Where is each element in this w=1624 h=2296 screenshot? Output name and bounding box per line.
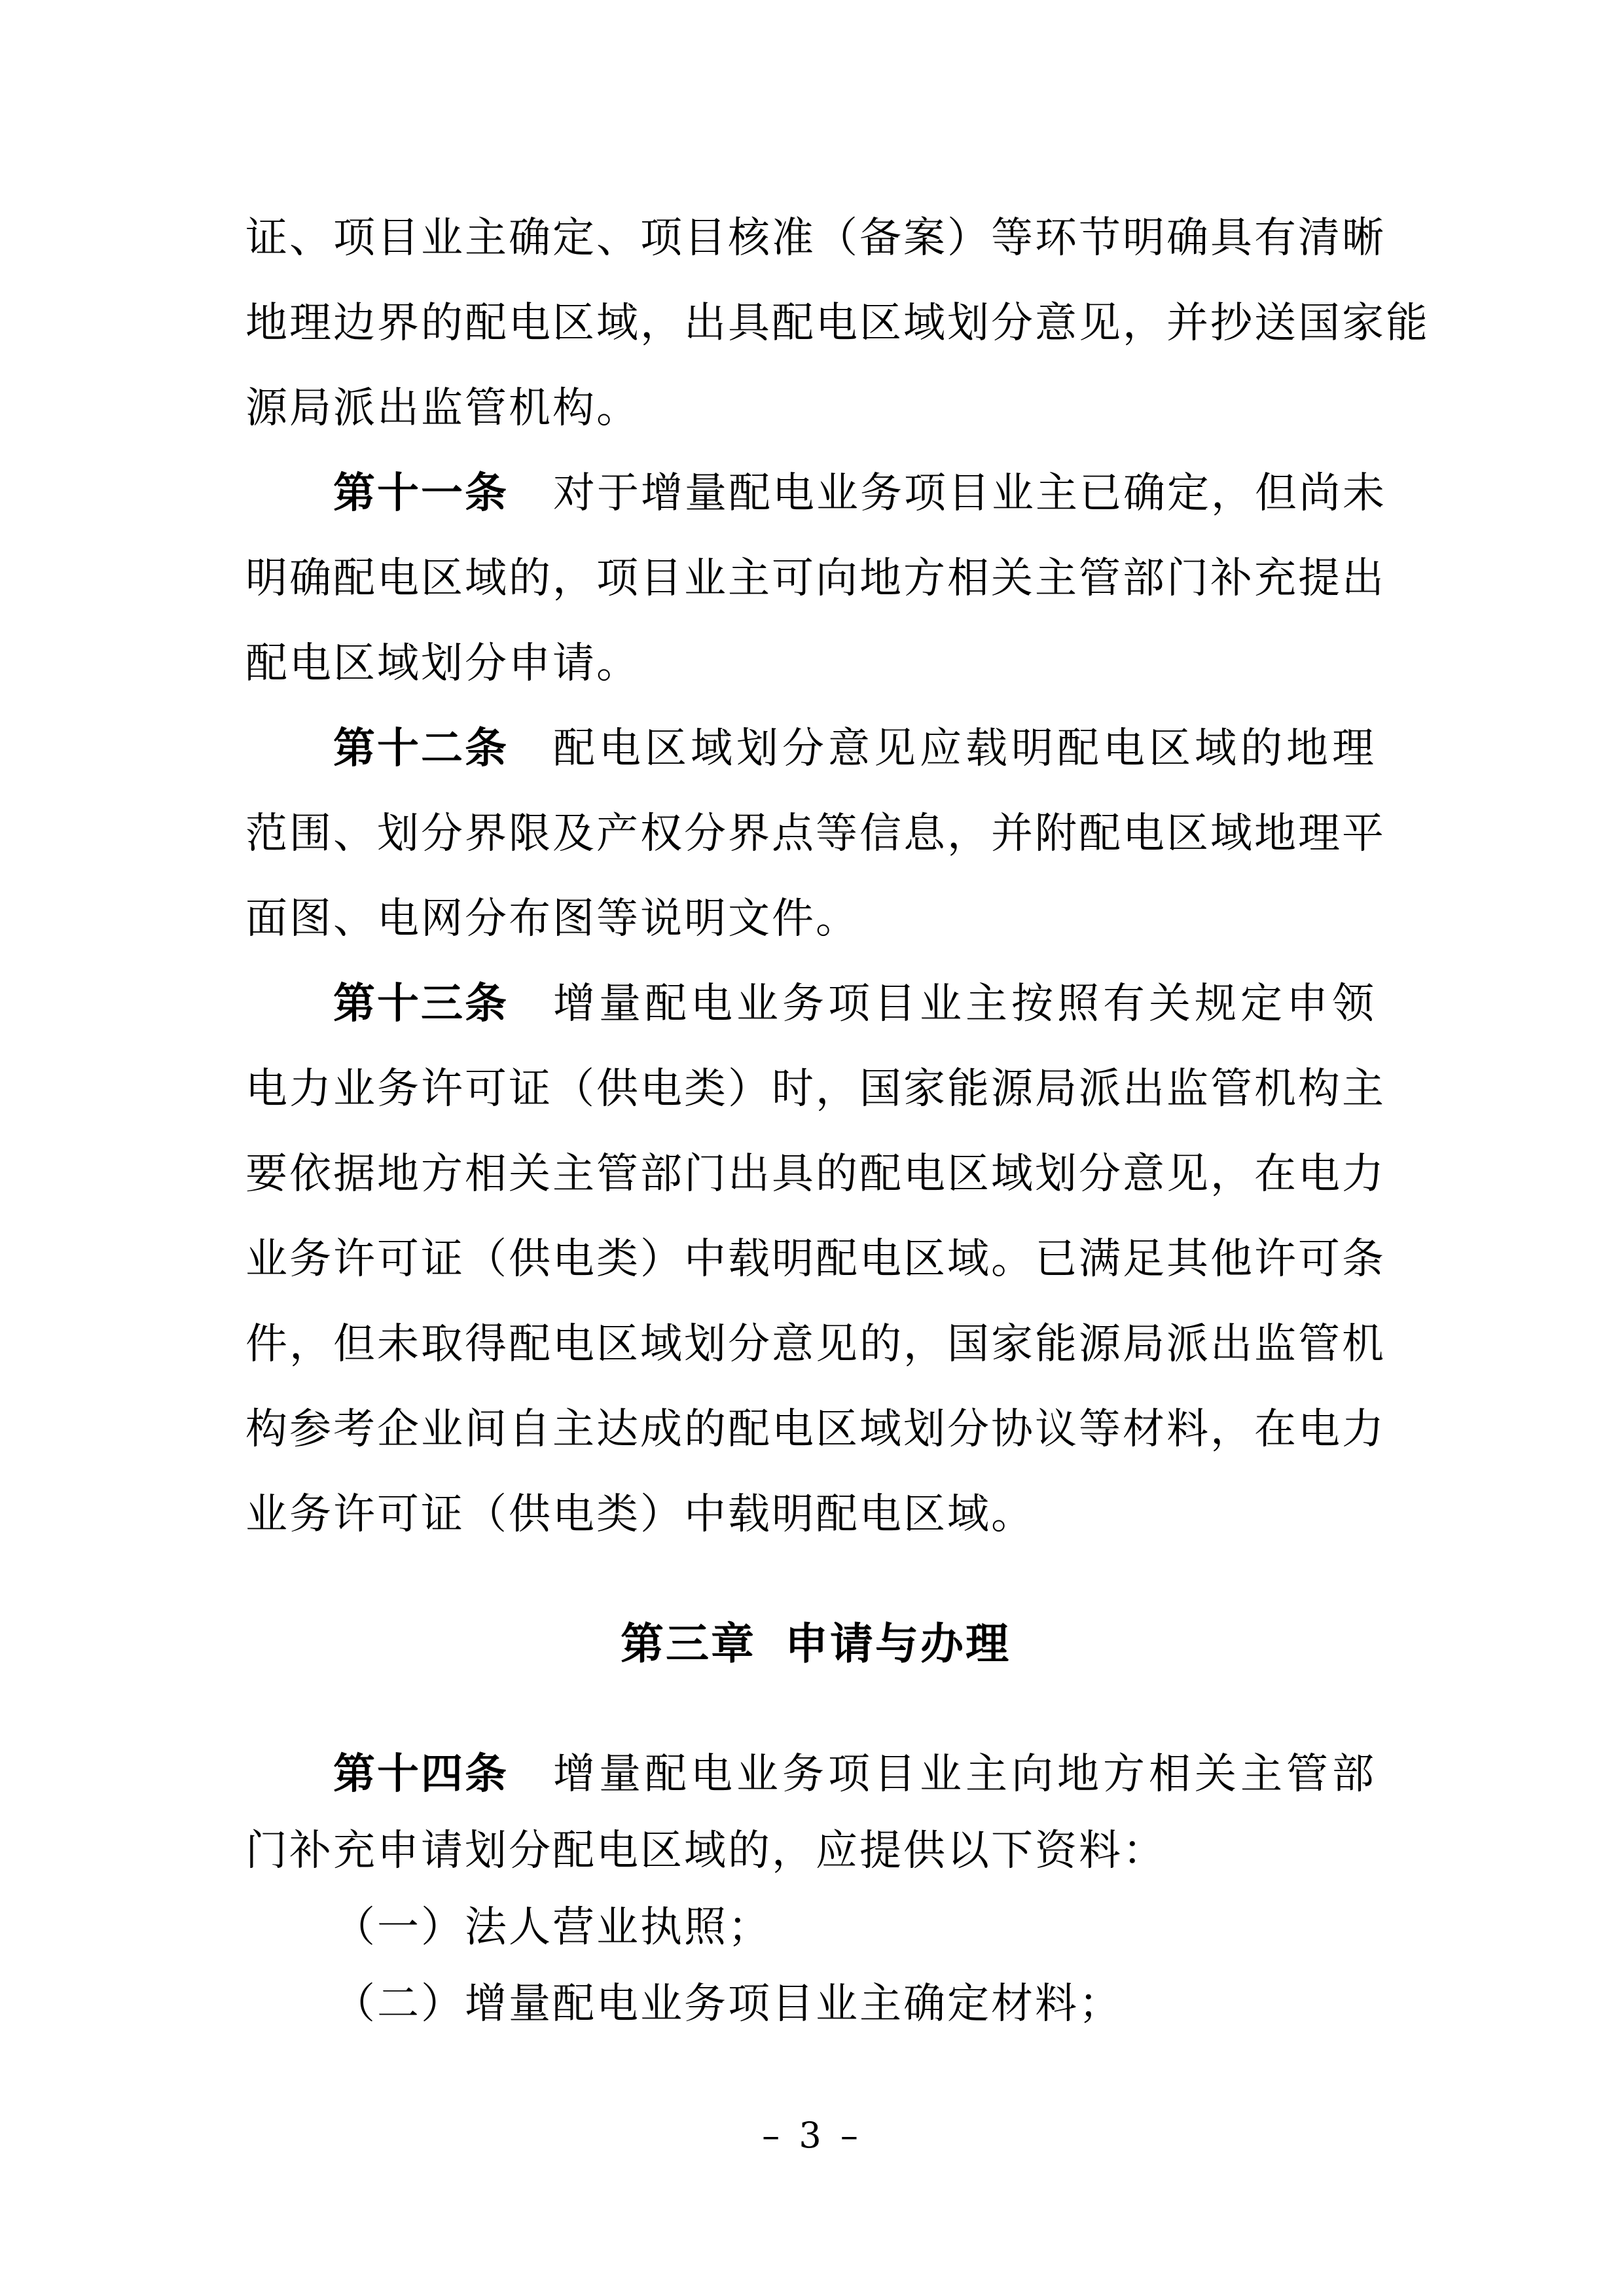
paragraph-line: 源局派出监管机构。 [245, 366, 1386, 451]
article-13-line: 第十三条增量配电业务项目业主按照有关规定申领 [245, 961, 1386, 1047]
paragraph-line: 业务许可证（供电类）中载明配电区域。已满足其他许可条 [245, 1217, 1386, 1302]
paragraph-line: 电力业务许可证（供电类）时，国家能源局派出监管机构主 [245, 1047, 1386, 1132]
article-number: 第十三条 [333, 980, 509, 1028]
paragraph-line: 业务许可证（供电类）中载明配电区域。 [245, 1472, 1386, 1557]
paragraph-line: 件，但未取得配电区域划分意见的，国家能源局派出监管机 [245, 1302, 1386, 1387]
document-page: 证、项目业主确定、项目核准（备案）等环节明确具有清晰 地理边界的配电区域，出具配… [0, 0, 1624, 2296]
list-item: （二）增量配电业务项目业主确定材料； [245, 1966, 1386, 2043]
chapter-heading: 第三章 申请与办理 [245, 1602, 1386, 1687]
article-number: 第十二条 [333, 725, 509, 773]
article-text: 配电区域划分意见应载明配电区域的地理 [553, 725, 1378, 773]
paragraph-line: 明确配电区域的，项目业主可向地方相关主管部门补充提出 [245, 536, 1386, 621]
paragraph-line: 配电区域划分申请。 [245, 621, 1386, 706]
paragraph-line: 要依据地方相关主管部门出具的配电区域划分意见，在电力 [245, 1132, 1386, 1217]
article-text: 增量配电业务项目业主向地方相关主管部 [553, 1750, 1378, 1799]
list-item: （一）法人营业执照； [245, 1890, 1386, 1966]
paragraph-line: 范围、划分界限及产权分界点等信息，并附配电区域地理平 [245, 791, 1386, 876]
article-14-line: 第十四条增量配电业务项目业主向地方相关主管部 [245, 1736, 1386, 1813]
article-text: 增量配电业务项目业主按照有关规定申领 [553, 980, 1378, 1028]
article-number: 第十四条 [333, 1750, 509, 1799]
page-number: – 3 – [0, 2099, 1624, 2172]
paragraph-line: 证、项目业主确定、项目核准（备案）等环节明确具有清晰 [245, 196, 1386, 281]
article-12-line: 第十二条配电区域划分意见应载明配电区域的地理 [245, 706, 1386, 791]
paragraph-line: 门补充申请划分配电区域的，应提供以下资料： [245, 1813, 1386, 1890]
article-number: 第十一条 [333, 469, 509, 518]
paragraph-line: 面图、电网分布图等说明文件。 [245, 876, 1386, 961]
paragraph-line: 地理边界的配电区域，出具配电区域划分意见，并抄送国家能 [245, 281, 1386, 366]
document-body: 证、项目业主确定、项目核准（备案）等环节明确具有清晰 地理边界的配电区域，出具配… [245, 196, 1386, 2043]
paragraph-line: 构参考企业间自主达成的配电区域划分协议等材料，在电力 [245, 1387, 1386, 1472]
article-text: 对于增量配电业务项目业主已确定，但尚未 [553, 469, 1386, 518]
article-11-line: 第十一条对于增量配电业务项目业主已确定，但尚未 [245, 451, 1386, 536]
